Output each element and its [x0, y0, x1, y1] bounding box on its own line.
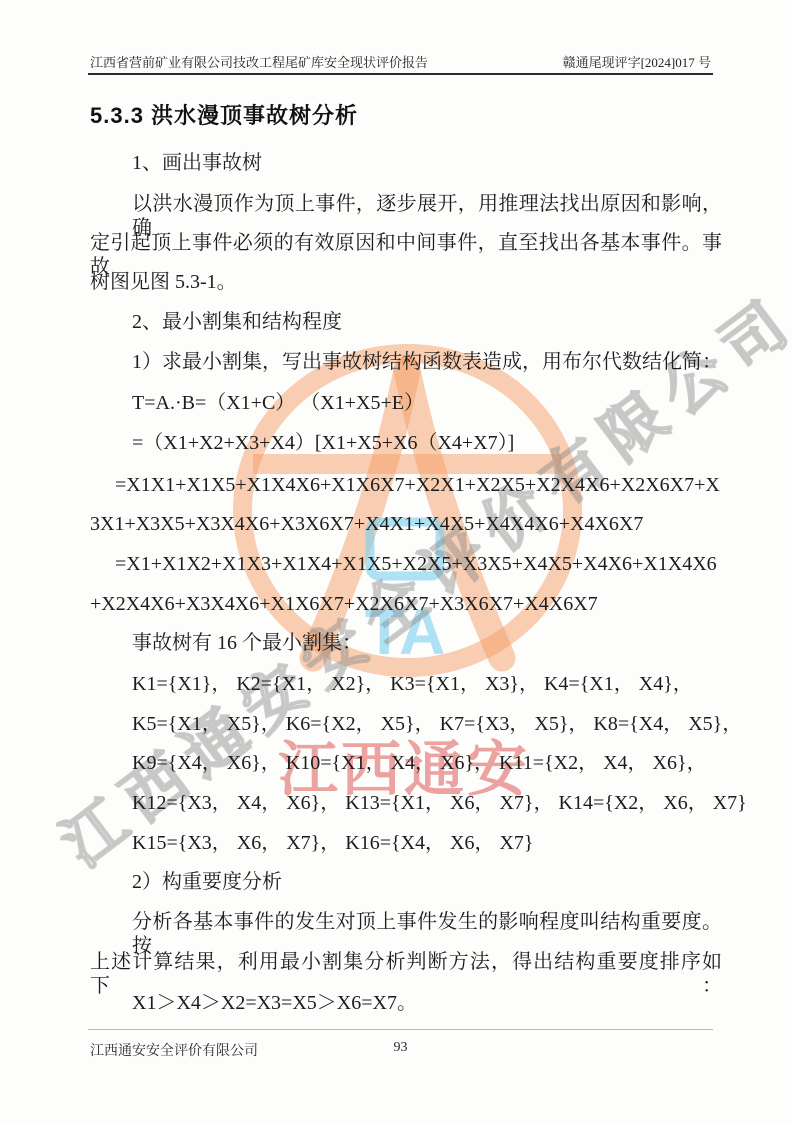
- page-content: 江西省营前矿业有限公司技改工程尾矿库安全现状评价报告 赣通尾现评字[2024]0…: [0, 0, 793, 1122]
- body-line: K9={X4， X6}， K10={X1， X4， X6}， K11={X2， …: [132, 751, 707, 775]
- body-line: 事故树有 16 个最小割集：: [132, 631, 362, 655]
- header-rule: [88, 73, 713, 75]
- body-line: =X1+X1X2+X1X3+X1X4+X1X5+X2X5+X3X5+X4X5+X…: [115, 552, 717, 576]
- body-line: K12={X3， X4， X6}， K13={X1， X6， X7}， K14=…: [132, 791, 747, 815]
- body-line: K15={X3， X6， X7}， K16={X4， X6， X7}: [132, 831, 534, 855]
- body-line: 2）构重要度分析: [132, 870, 282, 894]
- section-heading: 5.3.3 洪水漫顶事故树分析: [90, 99, 358, 130]
- footer-rule: [88, 1029, 713, 1030]
- header-doc-number: 赣通尾现评字[2024]017 号: [563, 52, 711, 71]
- body-line: K1={X1}， K2={X1， X2}， K3={X1， X3}， K4={X…: [132, 672, 693, 696]
- document-page: TA 江西通安安全评价有限公司 江西通安 江西省营前矿业有限公司技改工程尾矿库安…: [0, 0, 793, 1122]
- body-line: =（X1+X2+X3+X4）[X1+X5+X6（X4+X7）]: [132, 431, 514, 455]
- footer-page-number: 93: [90, 1040, 711, 1056]
- page-header: 江西省营前矿业有限公司技改工程尾矿库安全现状评价报告 赣通尾现评字[2024]0…: [90, 52, 711, 71]
- body-line: 1、画出事故树: [132, 151, 262, 175]
- body-line: 树图见图 5.3-1。: [90, 270, 237, 294]
- body-line: +X2X4X6+X3X4X6+X1X6X7+X2X6X7+X3X6X7+X4X6…: [90, 592, 598, 616]
- header-report-title: 江西省营前矿业有限公司技改工程尾矿库安全现状评价报告: [90, 52, 428, 71]
- body-line: 2、最小割集和结构程度: [132, 310, 342, 334]
- page-footer: 江西通安安全评价有限公司 93: [90, 1040, 711, 1060]
- body-line: T=A.·B=（X1+C） （X1+X5+E）: [132, 391, 424, 415]
- body-line: 1）求最小割集，写出事故树结构函数表造成，用布尔代数结化简：: [132, 350, 722, 374]
- body-line: 3X1+X3X5+X3X4X6+X3X6X7+X4X1+X4X5+X4X4X6+…: [90, 512, 643, 536]
- body-line: K5={X1， X5}， K6={X2， X5}， K7={X3， X5}， K…: [132, 712, 742, 736]
- body-line: X1＞X4＞X2=X3=X5＞X6=X7。: [132, 991, 417, 1015]
- body-line: =X1X1+X1X5+X1X4X6+X1X6X7+X2X1+X2X5+X2X4X…: [115, 473, 720, 497]
